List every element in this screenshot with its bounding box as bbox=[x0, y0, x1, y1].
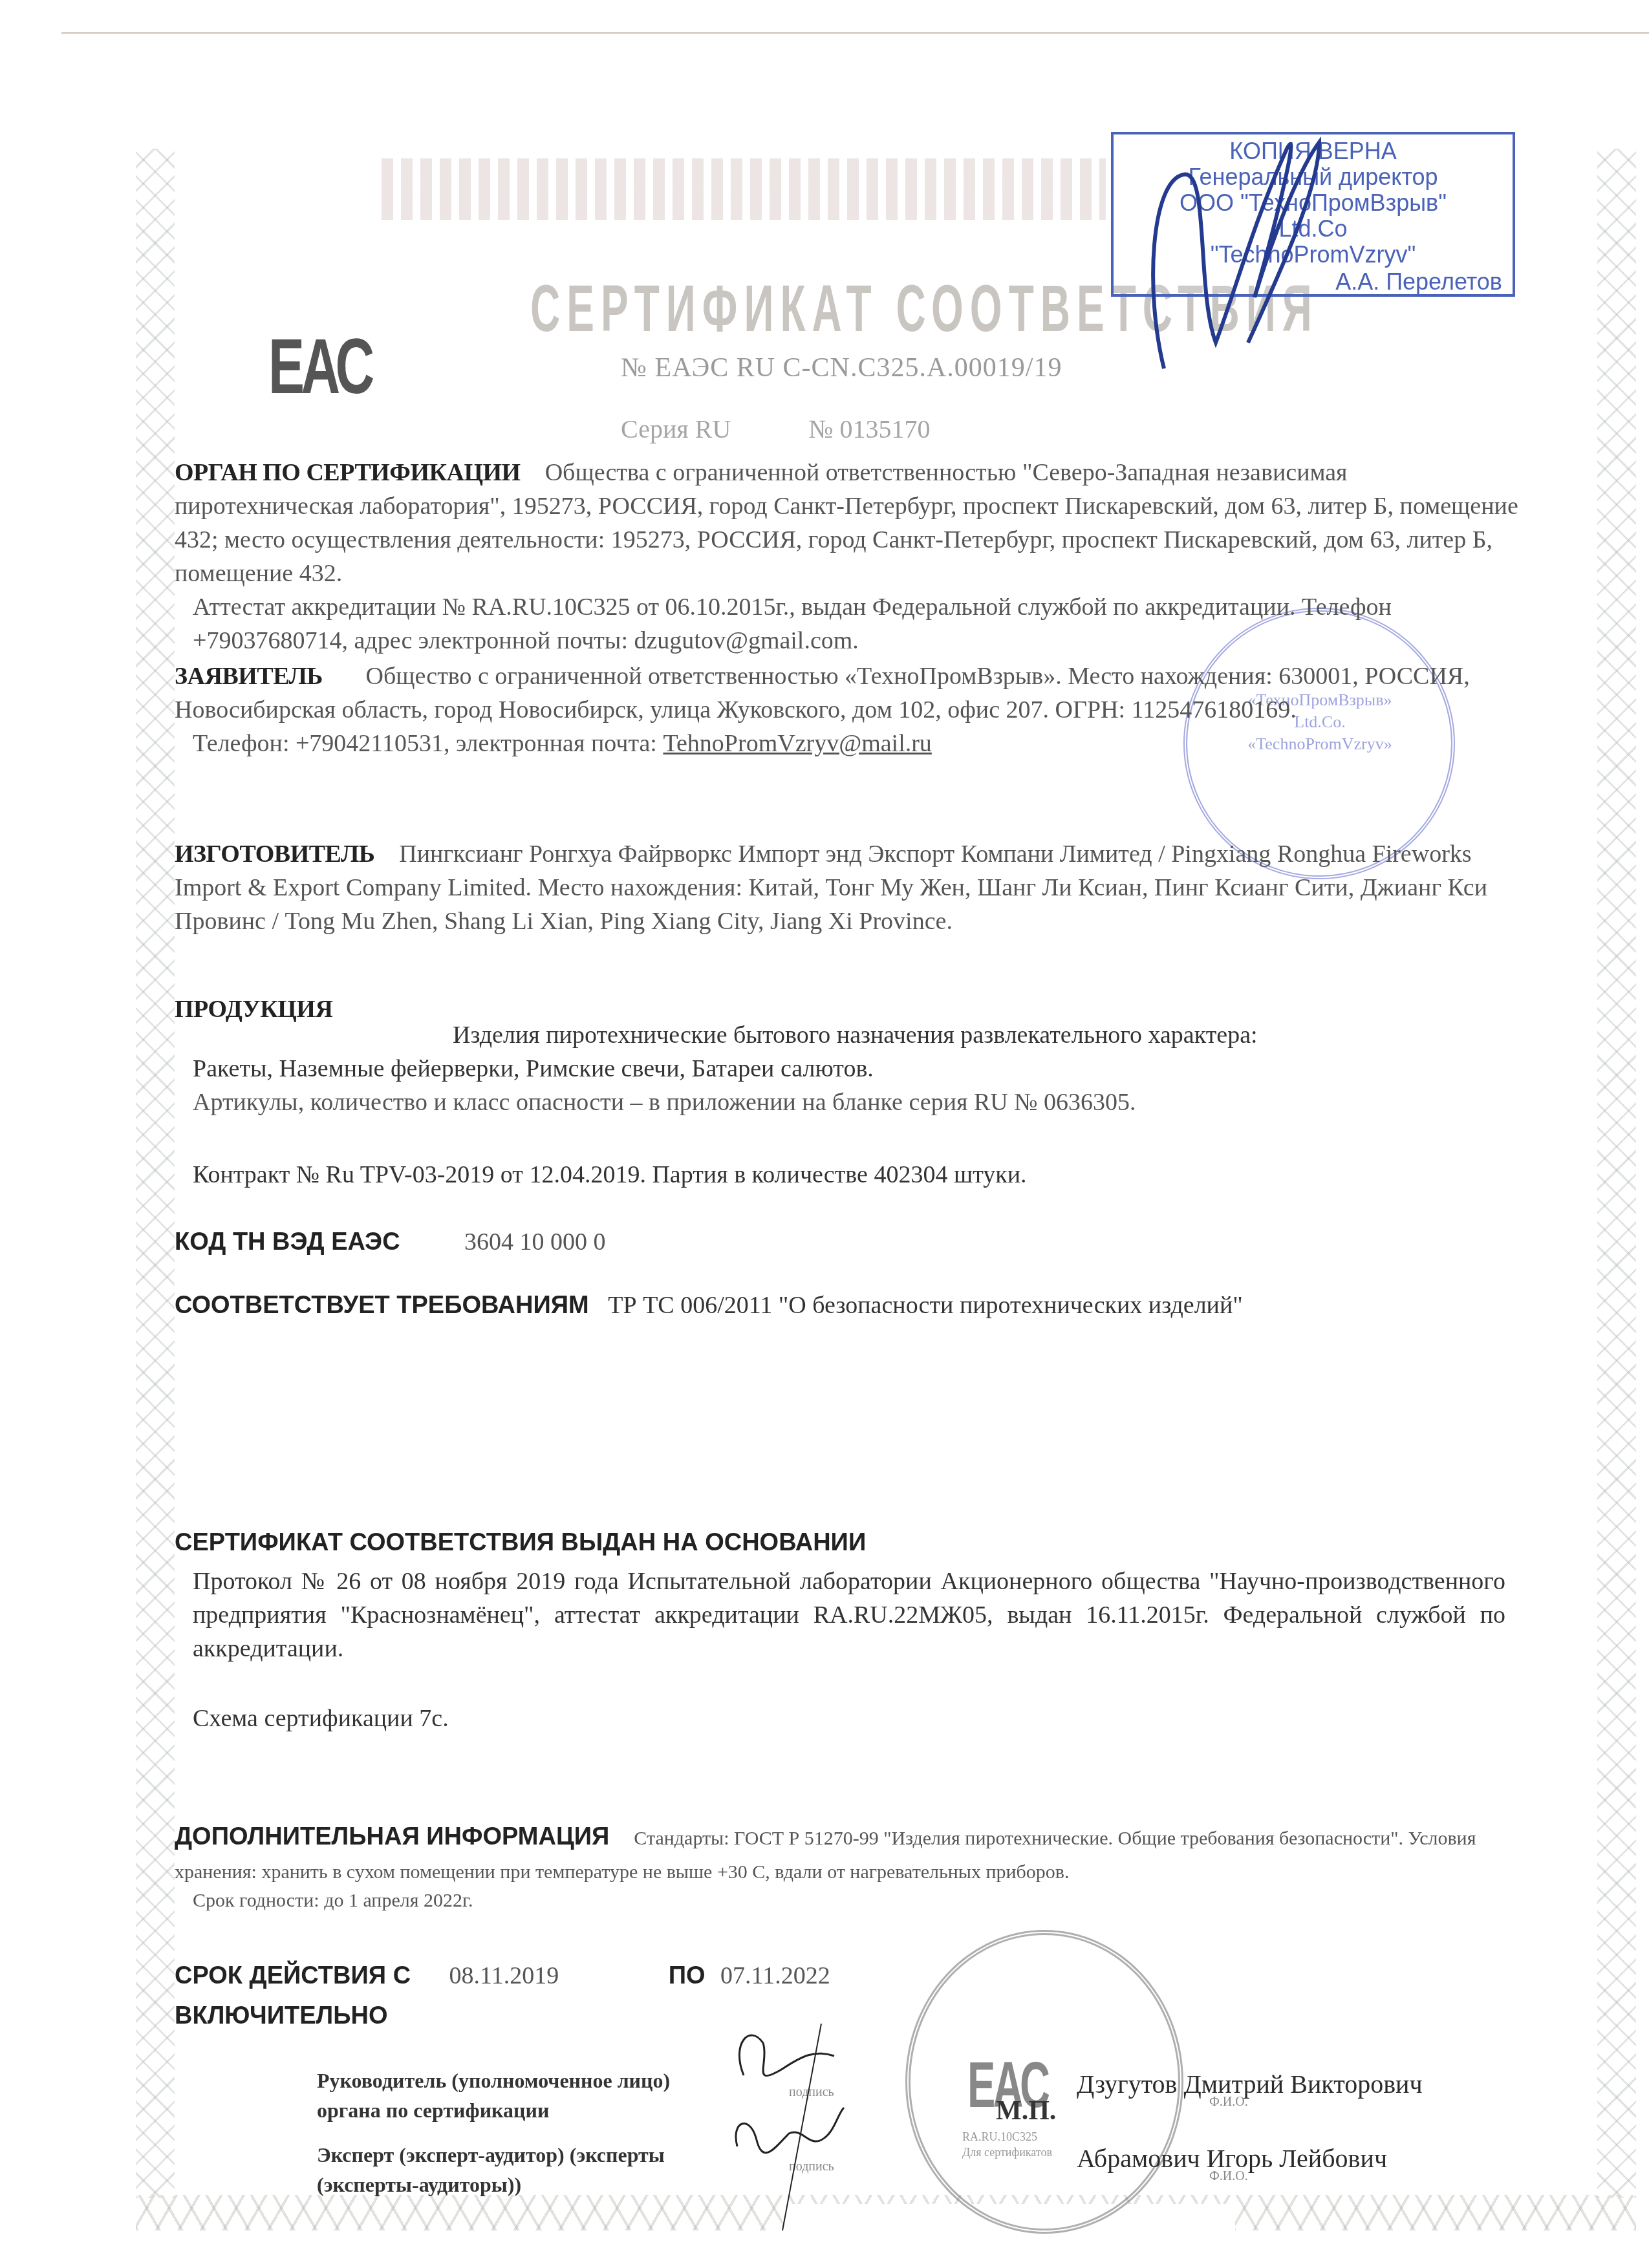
seal-reg-number: RA.RU.10С325 bbox=[962, 2129, 1052, 2145]
applicant-text: Общество с ограниченной ответственностью… bbox=[175, 663, 1470, 723]
additional-info-label: ДОПОЛНИТЕЛЬНАЯ ИНФОРМАЦИЯ bbox=[175, 1823, 609, 1850]
validity-to-date: 07.11.2022 bbox=[720, 1962, 830, 1989]
expert-role-block: Эксперт (эксперт-аудитор) (эксперты (экс… bbox=[317, 2140, 705, 2199]
accreditation-text: Аттестат аккредитации № RA.RU.10С325 от … bbox=[175, 590, 1520, 658]
ornamental-border-right bbox=[1597, 149, 1636, 2198]
ornamental-border-bottom bbox=[136, 2195, 1636, 2231]
stamp-line-1: КОПИЯ ВЕРНА bbox=[1114, 138, 1513, 164]
section-tnved: КОД ТН ВЭД ЕАЭС 3604 10 000 0 bbox=[175, 1225, 1520, 1259]
validity-to-label: ПО bbox=[669, 1962, 706, 1989]
applicant-contacts: Телефон: +79042110531, электронная почта… bbox=[175, 727, 1520, 760]
section-additional-info: ДОПОЛНИТЕЛЬНАЯ ИНФОРМАЦИЯ Стандарты: ГОС… bbox=[175, 1820, 1520, 1914]
head-signature-caption: подпись bbox=[789, 2085, 834, 2100]
section-applicant: ЗАЯВИТЕЛЬ Общество с ограниченной ответс… bbox=[175, 659, 1520, 760]
tnved-value: 3604 10 000 0 bbox=[464, 1228, 606, 1256]
shelf-life: Срок годности: до 1 апреля 2022г. bbox=[175, 1887, 1520, 1914]
expert-role: Эксперт (эксперт-аудитор) (эксперты (экс… bbox=[317, 2140, 705, 2199]
eac-logo-icon: ЕАС bbox=[268, 323, 339, 411]
product-line-1: Изделия пиротехнические бытового назначе… bbox=[175, 1018, 1520, 1052]
certificate-number: № ЕАЭС RU С-CN.С325.А.00019/19 bbox=[621, 352, 1062, 383]
copy-certified-stamp: КОПИЯ ВЕРНА Генеральный директор ООО "Те… bbox=[1111, 132, 1515, 297]
stamp-line-5: "TechnoPromVzryv" bbox=[1114, 242, 1513, 268]
head-name: Дзугутов Дмитрий Викторович bbox=[1077, 2069, 1423, 2099]
validity-from-label: СРОК ДЕЙСТВИЯ С bbox=[175, 1962, 411, 1989]
head-fio-caption: Ф.И.О. bbox=[1209, 2095, 1248, 2110]
stamp-line-4: Ltd.Co bbox=[1114, 216, 1513, 242]
tnved-label: КОД ТН ВЭД ЕАЭС bbox=[175, 1228, 400, 1256]
section-manufacturer: ИЗГОТОВИТЕЛЬ Пингксианг Ронгхуа Файрворк… bbox=[175, 837, 1520, 938]
section-basis: СЕРТИФИКАТ СООТВЕТСТВИЯ ВЫДАН НА ОСНОВАН… bbox=[175, 1526, 1520, 1735]
series-label: Серия RU bbox=[621, 414, 731, 444]
complies-label: СООТВЕТСТВУЕТ ТРЕБОВАНИЯМ bbox=[175, 1292, 589, 1319]
series-number: № 0135170 bbox=[808, 414, 930, 444]
certification-body-label: ОРГАН ПО СЕРТИФИКАЦИИ bbox=[175, 459, 521, 486]
product-contract: Контракт № Ru TPV-03-2019 от 12.04.2019.… bbox=[175, 1158, 1520, 1192]
section-certification-body: ОРГАН ПО СЕРТИФИКАЦИИ Общества с огранич… bbox=[175, 456, 1520, 658]
head-role-block: Руководитель (уполномоченное лицо) орган… bbox=[317, 2066, 679, 2125]
head-role: Руководитель (уполномоченное лицо) орган… bbox=[317, 2066, 679, 2125]
seal-caption: Для сертификатов bbox=[962, 2145, 1052, 2160]
applicant-phone: Телефон: +79042110531, электронная почта… bbox=[193, 730, 663, 757]
validity-inclusive-label: ВКЛЮЧИТЕЛЬНО bbox=[175, 1999, 1520, 2033]
basis-text: Протокол № 26 от 08 ноября 2019 года Исп… bbox=[175, 1565, 1505, 1665]
seal-mp-mark: М.П. bbox=[996, 2095, 1056, 2126]
series-line: Серия RU № 0135170 bbox=[621, 414, 930, 444]
stamp-signer: А.А. Перелетов bbox=[1114, 269, 1513, 295]
section-complies: СООТВЕТСТВУЕТ ТРЕБОВАНИЯМ ТР ТС 006/2011… bbox=[175, 1289, 1520, 1322]
seal-registration: RA.RU.10С325 Для сертификатов bbox=[962, 2129, 1052, 2160]
section-validity: СРОК ДЕЙСТВИЯ С 08.11.2019 ПО 07.11.2022… bbox=[175, 1959, 1520, 2033]
complies-value: ТР ТС 006/2011 "О безопасности пиротехни… bbox=[608, 1292, 1243, 1319]
stamp-line-3: ООО "ТехноПромВзрыв" bbox=[1114, 190, 1513, 216]
basis-label: СЕРТИФИКАТ СООТВЕТСТВИЯ ВЫДАН НА ОСНОВАН… bbox=[175, 1526, 1520, 1559]
certification-scheme: Схема сертификации 7с. bbox=[175, 1702, 1520, 1735]
stamp-line-2: Генеральный директор bbox=[1114, 164, 1513, 190]
expert-fio-caption: Ф.И.О. bbox=[1209, 2169, 1248, 2184]
product-line-2: Ракеты, Наземные фейерверки, Римские све… bbox=[175, 1052, 1520, 1086]
faded-header-band bbox=[382, 158, 1106, 220]
product-line-3: Артикулы, количество и класс опасности –… bbox=[175, 1086, 1520, 1119]
top-scan-line bbox=[61, 32, 1649, 34]
applicant-email-link[interactable]: TehnoPromVzryv@mail.ru bbox=[663, 730, 931, 757]
expert-signature-caption: подпись bbox=[789, 2159, 834, 2174]
ornamental-border-left bbox=[136, 149, 175, 2198]
applicant-label: ЗАЯВИТЕЛЬ bbox=[175, 663, 323, 690]
manufacturer-label: ИЗГОТОВИТЕЛЬ bbox=[175, 840, 374, 868]
validity-from-date: 08.11.2019 bbox=[449, 1962, 559, 1989]
section-product: ПРОДУКЦИЯ Изделия пиротехнические бытово… bbox=[175, 992, 1520, 1192]
